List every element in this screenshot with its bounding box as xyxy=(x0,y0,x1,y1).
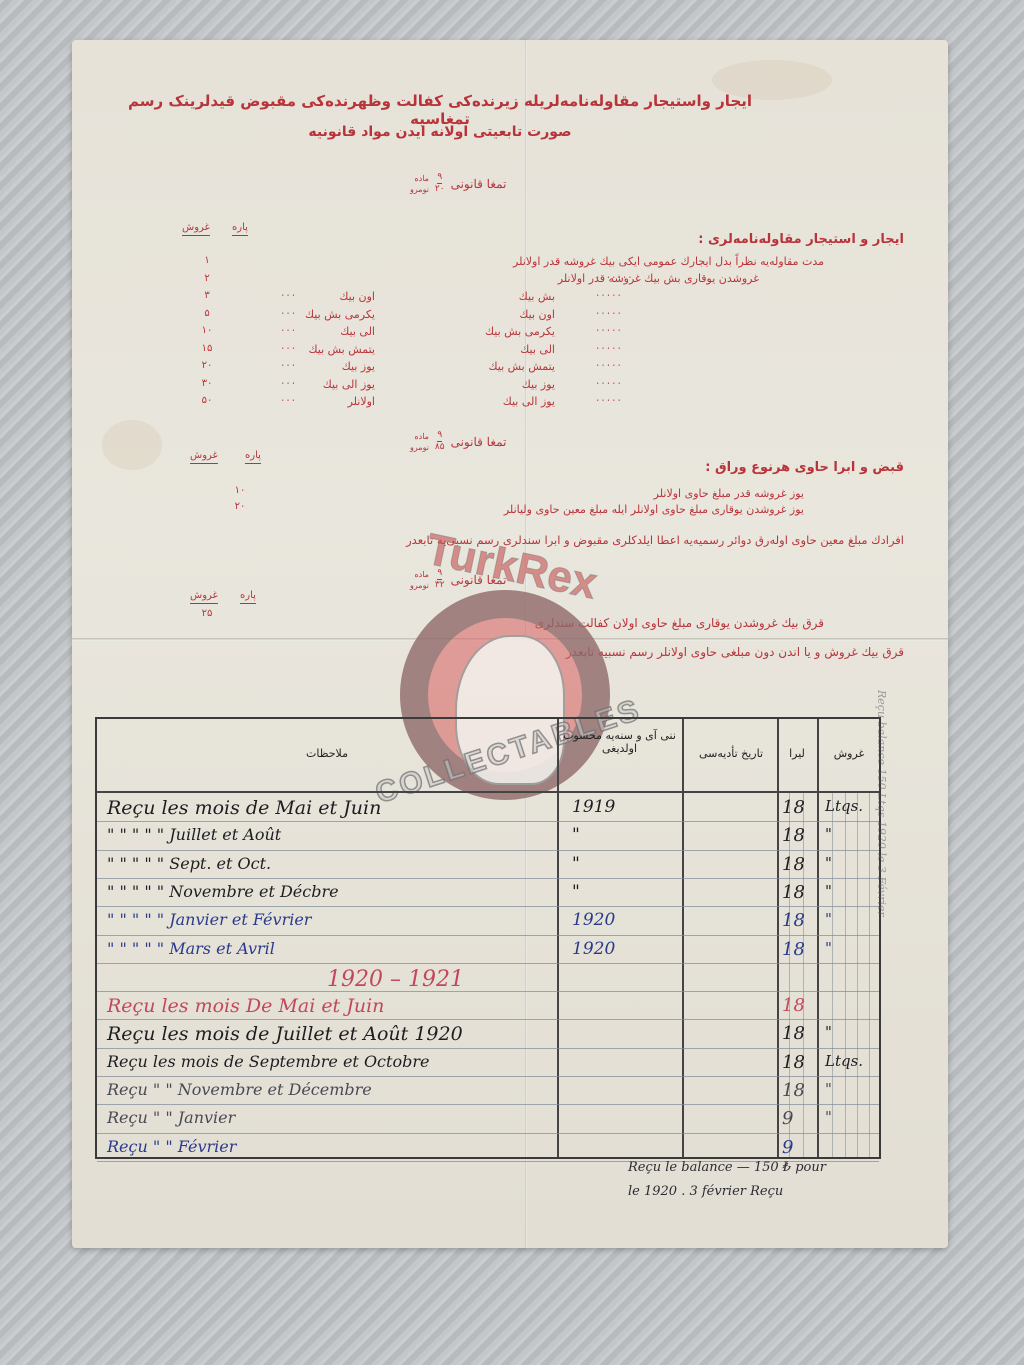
row-note: 1920 – 1921 xyxy=(327,967,464,992)
kurus-value: ۳ xyxy=(192,290,222,301)
row-lira: 18 xyxy=(782,1052,805,1073)
row-note: Reçu " " Février xyxy=(107,1137,236,1156)
row-lira: 18 xyxy=(782,882,805,903)
bracket-lower-bound: الی بیك xyxy=(520,343,555,356)
row-kurus: " xyxy=(825,1023,832,1041)
bracket-lower-bound: بش بیك xyxy=(519,290,555,303)
row-kurus: Ltqs. xyxy=(825,797,863,815)
row-note: " " " " " Novembre et Décbre xyxy=(107,882,339,901)
kurus-value: ۲۰ xyxy=(192,360,222,371)
kurus-value: ۲ xyxy=(192,273,222,284)
row-lira: 18 xyxy=(782,910,805,931)
kurus-header-2: غروش xyxy=(190,450,218,464)
bracket-upper-bound: یکرمی بش بیك xyxy=(305,308,375,321)
row-lira: 18 xyxy=(782,1080,805,1101)
bracket-upper-bound: اولانلر xyxy=(348,395,375,408)
row-period: " xyxy=(572,854,580,874)
row-kurus: " xyxy=(825,910,832,928)
bracket-upper-bound: اون بیك xyxy=(339,290,375,303)
row-kurus: " xyxy=(825,1108,832,1126)
section2-note: افرادك مبلغ معین حاوی اوله‌رق دوائر رسمی… xyxy=(406,533,904,547)
law-reference-1: تمغا قانونی ۹ ۲۰ ماده نومرو xyxy=(410,172,506,195)
side-pencil-note: Reçu balance 150 Ltqs 1920 le 3 Février xyxy=(875,690,888,917)
bracket-upper-bound: یوز بیك xyxy=(342,360,375,373)
row-note: Reçu " " Novembre et Décembre xyxy=(107,1080,372,1099)
row-kurus: Ltqs. xyxy=(825,1052,863,1070)
row-kurus: " xyxy=(825,939,832,957)
law-reference-2: تمغا قانونی ۹ ۸۵ ماده نومرو xyxy=(410,430,506,453)
para-header-3: پاره xyxy=(240,590,256,604)
para-header: پاره xyxy=(232,222,248,236)
section3-line1: قرق بیك غروشدن یوقاری مبلغ حاوی اولان کف… xyxy=(535,616,824,630)
section1-intro: مدت مقاوله‌یه نظراً بدل ایجارك عمومی ایک… xyxy=(513,255,824,268)
law-reference-3: تمغا قانونی ۹ ۳۲ ماده نومرو xyxy=(410,568,506,591)
section3-line2: قرق بیك غروش و یا اندن دون مبلغی حاوی او… xyxy=(566,645,904,659)
bracket-lower-bound: اون بیك xyxy=(519,308,555,321)
bracket-upper-bound: الی بیك xyxy=(340,325,375,338)
row-lira: 18 xyxy=(782,825,805,846)
kurus-value: ۵۰ xyxy=(192,395,222,406)
row-note: " " " " " Janvier et Février xyxy=(107,910,311,929)
header-kurus: غروش xyxy=(819,747,879,760)
header-lira: لیرا xyxy=(779,747,815,760)
kurus-value: ۳۰ xyxy=(192,378,222,389)
section2-value-2: ۲۰ xyxy=(225,501,255,512)
bracket-lower-bound: یوز بیك xyxy=(522,378,555,391)
document-subtitle: صورت تابعیتی اولانه ایدن مواد قانونیه xyxy=(120,124,760,140)
row-lira: 18 xyxy=(782,1023,805,1044)
row-kurus: " xyxy=(825,1080,832,1098)
section1-heading: ایجار و استیجار مقاوله‌نامه‌لری : xyxy=(698,232,904,247)
kurus-value: ۱۰ xyxy=(192,325,222,336)
kurus-header: غروش xyxy=(182,222,210,236)
kurus-header-3: غروش xyxy=(190,590,218,604)
section2-heading: قبض و ابرا حاوی هرنوع وراق : xyxy=(705,460,904,475)
bracket-lower-bound: یتمش بش بیك xyxy=(489,360,556,373)
row-note: Reçu les mois de Juillet et Août 1920 xyxy=(107,1023,463,1045)
section3-value: ۲۵ xyxy=(192,608,222,619)
row-note: " " " " " Juillet et Août xyxy=(107,825,281,844)
footer-note-line2: le 1920 . 3 février Reçu xyxy=(628,1184,783,1199)
row-period: 1919 xyxy=(572,797,615,817)
bracket-upper-bound: یتمش بش بیك xyxy=(309,343,376,356)
row-kurus: " xyxy=(825,854,832,872)
bracket-lower-bound: یوز الی بیك xyxy=(503,395,555,408)
bracket-upper-bound: یوز الی بیك xyxy=(323,378,375,391)
row-lira: 9 xyxy=(782,1108,793,1129)
paper-stain xyxy=(102,420,162,470)
law-fraction: ۹ ۲۰ xyxy=(435,172,445,195)
row-period: " xyxy=(572,825,580,845)
section2-line1: یوز غروشه قدر مبلغ حاوی اولانلر xyxy=(654,487,804,500)
law-label: تمغا قانونی xyxy=(451,177,507,191)
kurus-value: ۵ xyxy=(192,308,222,319)
row-lira: 18 xyxy=(782,995,805,1016)
row-note: Reçu les mois De Mai et Juin xyxy=(107,995,384,1017)
footer-note-line1: Reçu le balance — 150 ₺ pour xyxy=(628,1160,826,1175)
row-lira: 18 xyxy=(782,854,805,875)
row-note: Reçu " " Janvier xyxy=(107,1108,235,1127)
kurus-value: ۱ xyxy=(192,255,222,266)
section1-line2: غروشدن یوقاری بش بیك غروشه قدر اولانلر xyxy=(558,272,759,285)
header-payment-date: تاریخ تأدیه‌سی xyxy=(687,747,775,760)
row-note: Reçu les mois de Mai et Juin xyxy=(107,797,381,819)
section2-line2: یوز غروشدن یوقاری مبلغ حاوی اولانلر ایله… xyxy=(504,503,804,516)
section2-value-1: ۱۰ xyxy=(225,485,255,496)
payment-ledger-table: ملاحظات ننی آی و سنه‌یه محسوب اولدیغی تا… xyxy=(95,717,881,1159)
row-note: Reçu les mois de Septembre et Octobre xyxy=(107,1052,429,1071)
row-note: " " " " " Sept. et Oct. xyxy=(107,854,271,873)
kurus-value: ۱۵ xyxy=(192,343,222,354)
row-period: 1920 xyxy=(572,910,615,930)
header-notes: ملاحظات xyxy=(137,747,517,760)
document-title: ایجار واستیجار مقاوله‌نامه‌لریله زیرنده‌… xyxy=(120,92,760,128)
horizontal-fold xyxy=(72,638,948,641)
row-kurus: " xyxy=(825,825,832,843)
row-lira: 18 xyxy=(782,939,805,960)
row-period: 1920 xyxy=(572,939,615,959)
para-header-2: پاره xyxy=(245,450,261,464)
row-period: " xyxy=(572,882,580,902)
row-kurus: " xyxy=(825,882,832,900)
row-lira: 9 xyxy=(782,1137,793,1158)
bracket-lower-bound: یکرمی بش بیك xyxy=(485,325,555,338)
row-lira: 18 xyxy=(782,797,805,818)
row-note: " " " " " Mars et Avril xyxy=(107,939,275,958)
header-period: ننی آی و سنه‌یه محسوب اولدیغی xyxy=(562,729,677,755)
